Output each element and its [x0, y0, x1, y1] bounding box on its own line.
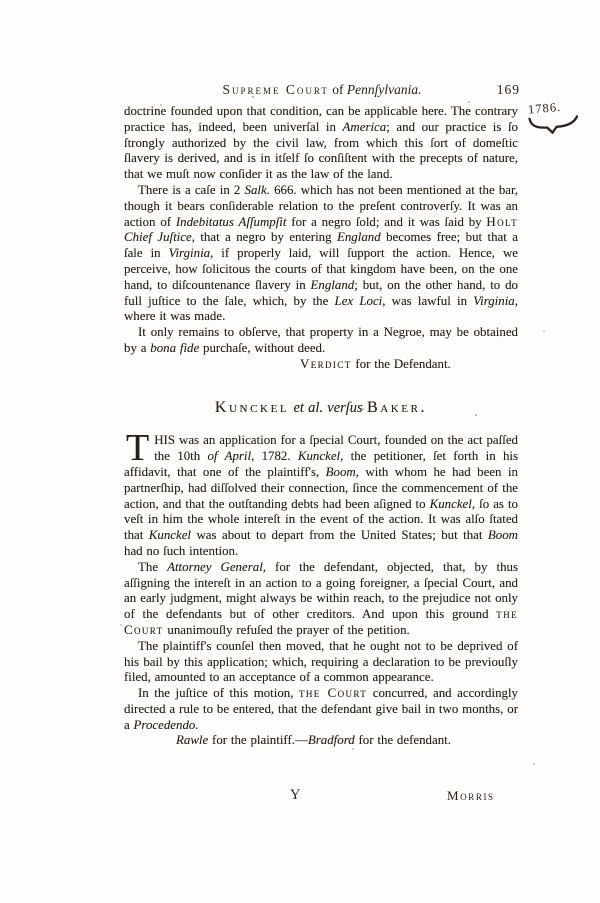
text-run: for a negro ſold; and it was ſaid by — [286, 215, 486, 229]
text-run: for the defendant. — [355, 733, 451, 747]
text-run: Pennſylvania. — [347, 82, 422, 97]
text-run: Holt — [486, 215, 518, 229]
text-run: Procedendo. — [134, 718, 199, 732]
scan-specks — [0, 0, 2, 2]
text-run: , that a negro by entering — [192, 230, 337, 244]
text-run: 1782. — [254, 449, 298, 463]
text-run: Verdict — [300, 357, 352, 371]
text-run: Indebitatus Aſſumpſit — [176, 215, 287, 229]
text-run: was about to depart from the United Stat… — [191, 528, 488, 542]
text-run: Rawle — [176, 733, 208, 747]
scanned-book-page: Supreme Court of Pennſylvania. 169 1786.… — [0, 0, 600, 903]
text-run: Supreme Court — [223, 82, 329, 97]
body-text: doctrine founded upon that condition, ca… — [124, 104, 518, 749]
paragraph-indent: The plaintiff's counſel then moved, that… — [124, 639, 518, 686]
text-run: of April, — [207, 449, 254, 463]
text-run: Kunckel — [215, 399, 289, 416]
text-run: There is a caſe in 2 — [138, 183, 245, 197]
paragraph-indent: It only remains to obſerve, that propert… — [124, 325, 518, 357]
text-run: In the juſtice of this motion, — [138, 686, 299, 700]
text-run: purchaſe, without deed. — [199, 341, 325, 355]
year-brace-icon — [527, 114, 580, 136]
text-run: Salk. — [245, 183, 270, 197]
paragraph-dropcap: THIS was an application for a ſpecial Co… — [124, 433, 518, 559]
text-run: England — [311, 278, 355, 292]
margin-note-year: 1786. — [528, 100, 588, 134]
text-run: bona fide — [150, 341, 199, 355]
text-run: Kunckel, — [298, 449, 343, 463]
signature-mark: Y — [290, 787, 301, 804]
text-run: of — [329, 82, 347, 97]
text-run: America — [343, 120, 387, 134]
paragraph-indent: In the juſtice of this motion, the Court… — [124, 686, 518, 733]
text-run: Chief Juſtice — [124, 230, 192, 244]
text-run: Baker. — [367, 399, 427, 416]
text-run: Boom — [488, 528, 518, 542]
text-run: England — [337, 230, 381, 244]
paragraph-indent: The Attorney General, for the defendant,… — [124, 560, 518, 639]
text-run: Boom, — [326, 465, 359, 479]
text-run: Attorney General, — [167, 560, 266, 574]
text-run: had no ſuch intention. — [124, 544, 238, 558]
text-run: Lex Loci — [335, 294, 383, 308]
catchword: Morris — [447, 788, 495, 804]
dropcap-letter: T — [126, 434, 149, 463]
text-run: , was lawful in — [382, 294, 473, 308]
text-run: Bradford — [308, 733, 355, 747]
text-run: the Court — [299, 686, 367, 700]
page-number: 169 — [497, 82, 520, 98]
text-run: unanimouſly refuſed the prayer of the pe… — [164, 623, 410, 637]
text-run: et al. verſus — [289, 400, 367, 416]
paragraph-indent: There is a caſe in 2 Salk. 666. which ha… — [124, 183, 518, 325]
paragraph-verdict: Verdict for the Defendant. — [124, 357, 518, 373]
paragraph-byline: Rawle for the plaintiff.—Bradford for th… — [124, 733, 518, 749]
running-head: Supreme Court of Pennſylvania. 169 — [124, 82, 520, 102]
text-run: Kunckel, — [430, 497, 475, 511]
text-run: for the plaintiff.— — [208, 733, 308, 747]
paragraph-continuation: doctrine founded upon that condition, ca… — [124, 104, 518, 183]
text-run: Kunckel — [149, 528, 191, 542]
text-run: Virginia — [473, 294, 515, 308]
text-run: Virginia — [169, 246, 211, 260]
text-run: for the Defendant. — [352, 357, 451, 371]
case-heading: Kunckel et al. verſus Baker. — [124, 400, 518, 417]
running-head-title: Supreme Court of Pennſylvania. — [223, 82, 422, 97]
text-run: The — [138, 560, 167, 574]
text-run: The plaintiff's counſel then moved, that… — [124, 639, 518, 685]
